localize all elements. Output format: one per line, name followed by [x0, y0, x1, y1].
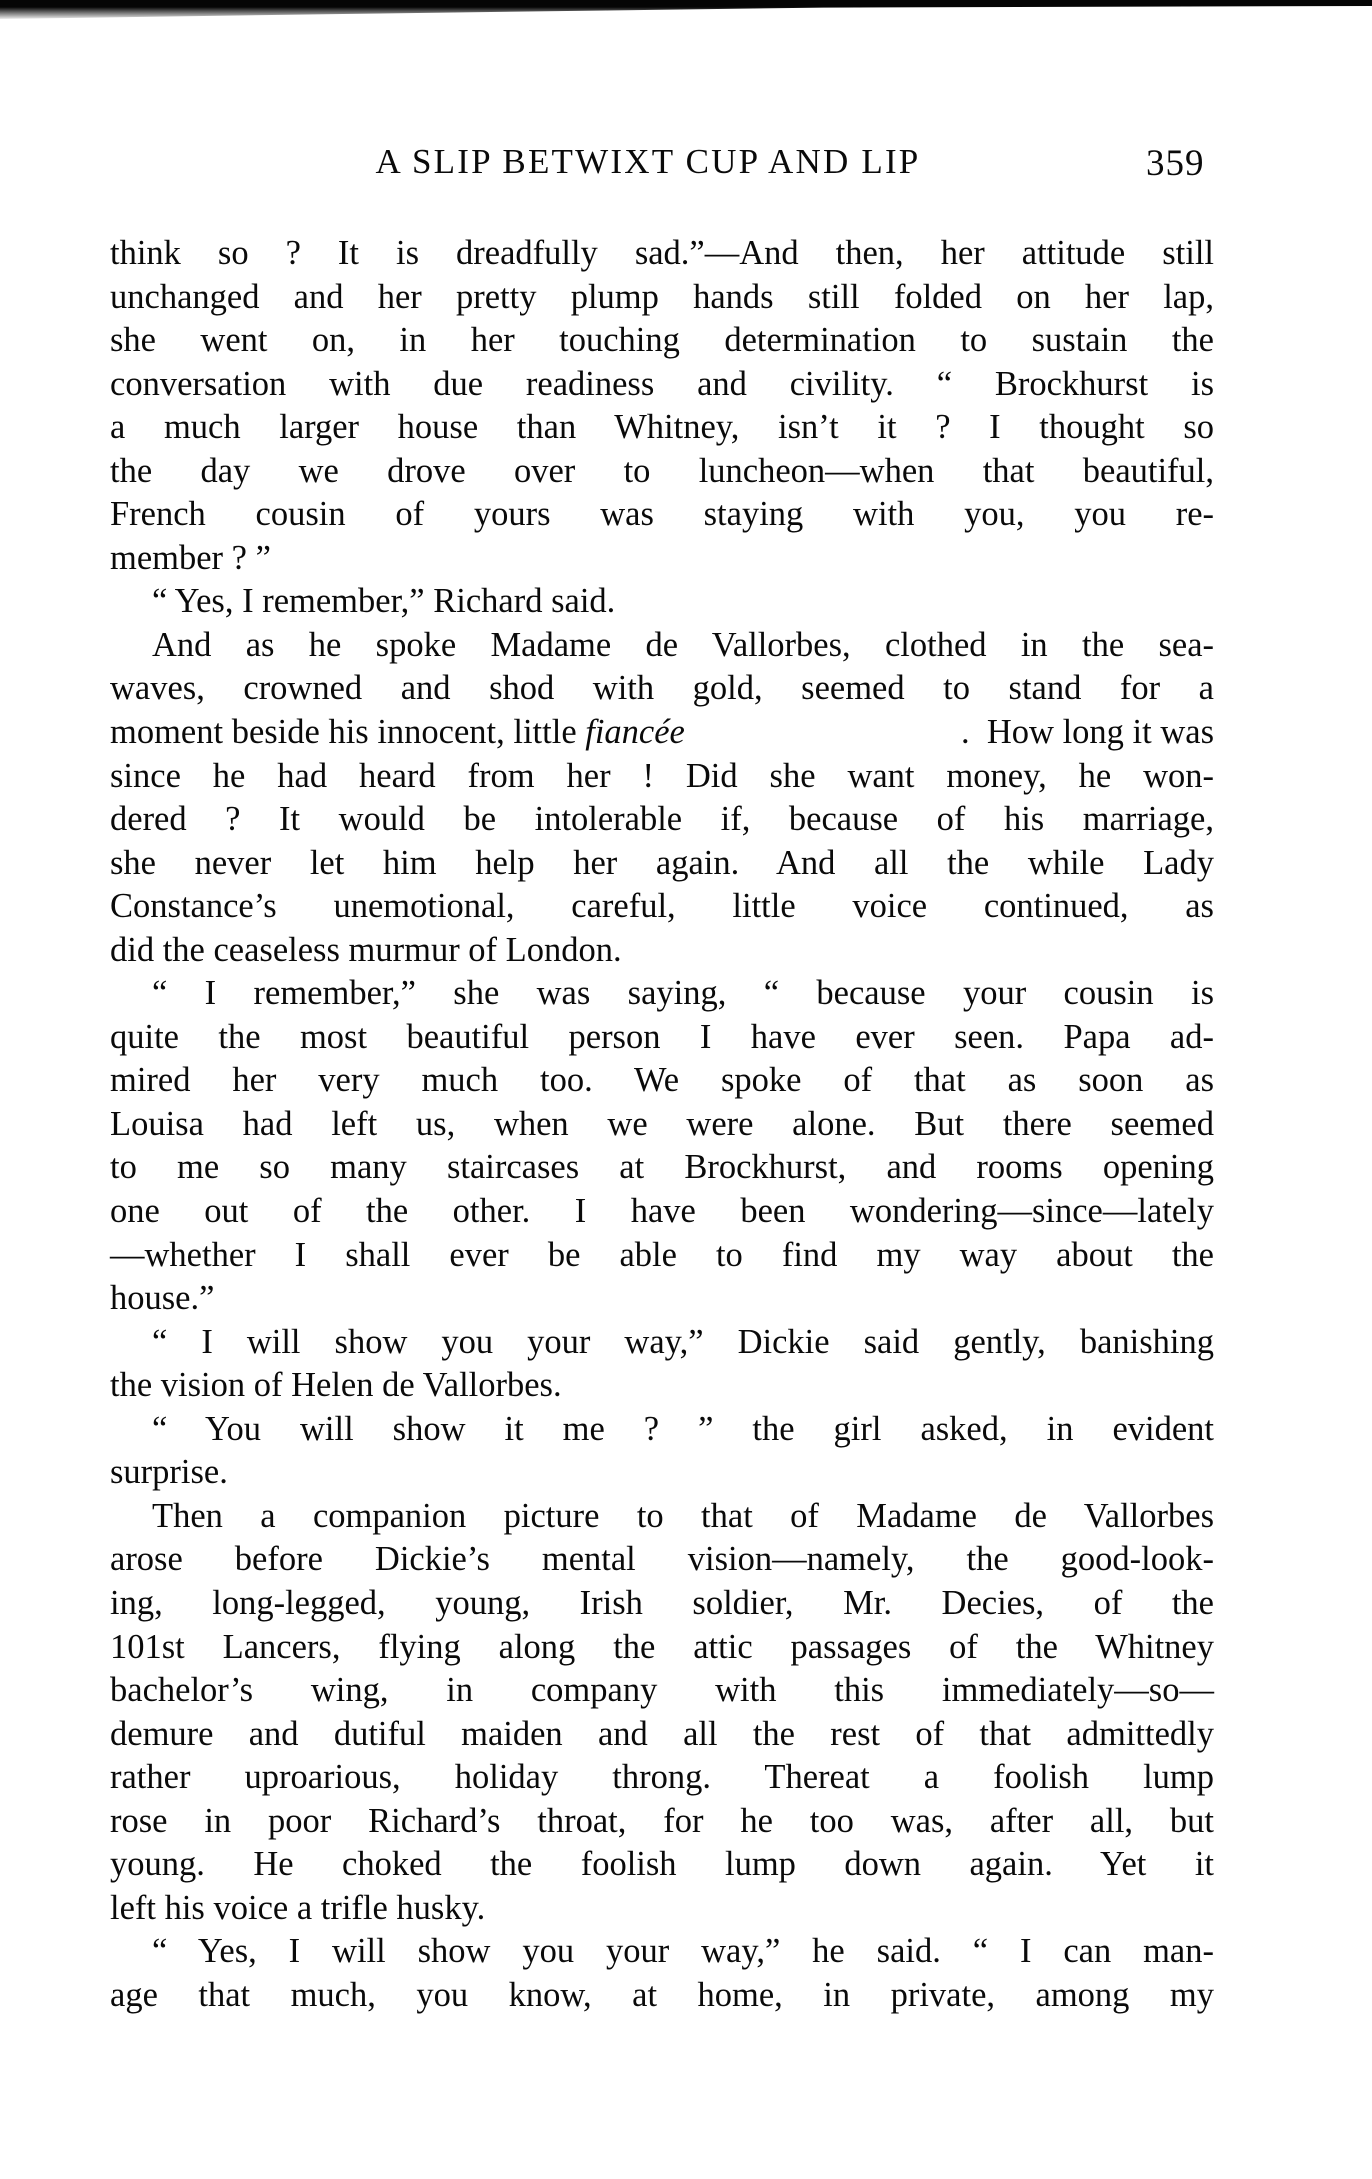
text-line: ing, long-legged, young, Irish soldier, …	[110, 1582, 1214, 1626]
scan-edge-shadow	[0, 0, 1372, 20]
paragraph-first-line: “ You will show it me ? ” the girl asked…	[110, 1408, 1214, 1452]
text-line: think so ? It is dreadfully sad.”—And th…	[110, 232, 1214, 276]
text-line: age that much, you know, at home, in pri…	[110, 1974, 1214, 2018]
text-line: one out of the other. I have been wonder…	[110, 1190, 1214, 1234]
text-line: did the ceaseless murmur of London.	[110, 929, 1214, 973]
paragraph-first-line: Then a companion picture to that of Mada…	[110, 1495, 1214, 1539]
paragraph-first-line: “ Yes, I remember,” Richard said.	[110, 580, 1214, 624]
text-line: since he had heard from her ! Did she wa…	[110, 755, 1214, 799]
page-number: 359	[1146, 144, 1205, 184]
text-line: Louisa had left us, when we were alone. …	[110, 1103, 1214, 1147]
text-line: conversation with due readiness and civi…	[110, 363, 1214, 407]
text-run: . How long it was	[961, 711, 1214, 755]
text-line: bachelor’s wing, in company with this im…	[110, 1669, 1214, 1713]
running-head: A SLIP BETWIXT CUP AND LIP 359	[0, 138, 1372, 188]
text-line: she went on, in her touching determinati…	[110, 319, 1214, 363]
text-line: young. He choked the foolish lump down a…	[110, 1843, 1214, 1887]
text-line: the day we drove over to luncheon—when t…	[110, 450, 1214, 494]
text-line: rather uproarious, holiday throng. There…	[110, 1756, 1214, 1800]
text-line: French cousin of yours was staying with …	[110, 493, 1214, 537]
italic-word: fiancée	[585, 711, 685, 755]
text-line: surprise.	[110, 1451, 1214, 1495]
body-text: think so ? It is dreadfully sad.”—And th…	[110, 232, 1214, 2017]
text-line: unchanged and her pretty plump hands sti…	[110, 276, 1214, 320]
text-line: dered ? It would be intolerable if, beca…	[110, 798, 1214, 842]
text-line: the vision of Helen de Vallorbes.	[110, 1364, 1214, 1408]
text-line: house.”	[110, 1277, 1214, 1321]
paragraph-first-line: “ Yes, I will show you your way,” he sai…	[110, 1930, 1214, 1974]
text-line: quite the most beautiful person I have e…	[110, 1016, 1214, 1060]
text-line: —whether I shall ever be able to find my…	[110, 1234, 1214, 1278]
text-line: arose before Dickie’s mental vision—name…	[110, 1538, 1214, 1582]
text-line: member ? ”	[110, 537, 1214, 581]
paragraph-first-line: “ I remember,” she was saying, “ because…	[110, 972, 1214, 1016]
text-line: left his voice a trifle husky.	[110, 1887, 1214, 1931]
text-line: to me so many staircases at Brockhurst, …	[110, 1146, 1214, 1190]
running-title: A SLIP BETWIXT CUP AND LIP	[278, 142, 1018, 182]
text-line: rose in poor Richard’s throat, for he to…	[110, 1800, 1214, 1844]
text-run: moment beside his innocent, little	[110, 711, 585, 755]
text-line: moment beside his innocent, little fianc…	[110, 711, 1214, 755]
text-line: she never let him help her again. And al…	[110, 842, 1214, 886]
text-line: a much larger house than Whitney, isn’t …	[110, 406, 1214, 450]
paragraph-first-line: “ I will show you your way,” Dickie said…	[110, 1321, 1214, 1365]
text-line: demure and dutiful maiden and all the re…	[110, 1713, 1214, 1757]
text-line: waves, crowned and shod with gold, seeme…	[110, 667, 1214, 711]
text-line: 101st Lancers, flying along the attic pa…	[110, 1626, 1214, 1670]
paragraph-first-line: And as he spoke Madame de Vallorbes, clo…	[110, 624, 1214, 668]
text-line: Constance’s unemotional, careful, little…	[110, 885, 1214, 929]
text-line: mired her very much too. We spoke of tha…	[110, 1059, 1214, 1103]
